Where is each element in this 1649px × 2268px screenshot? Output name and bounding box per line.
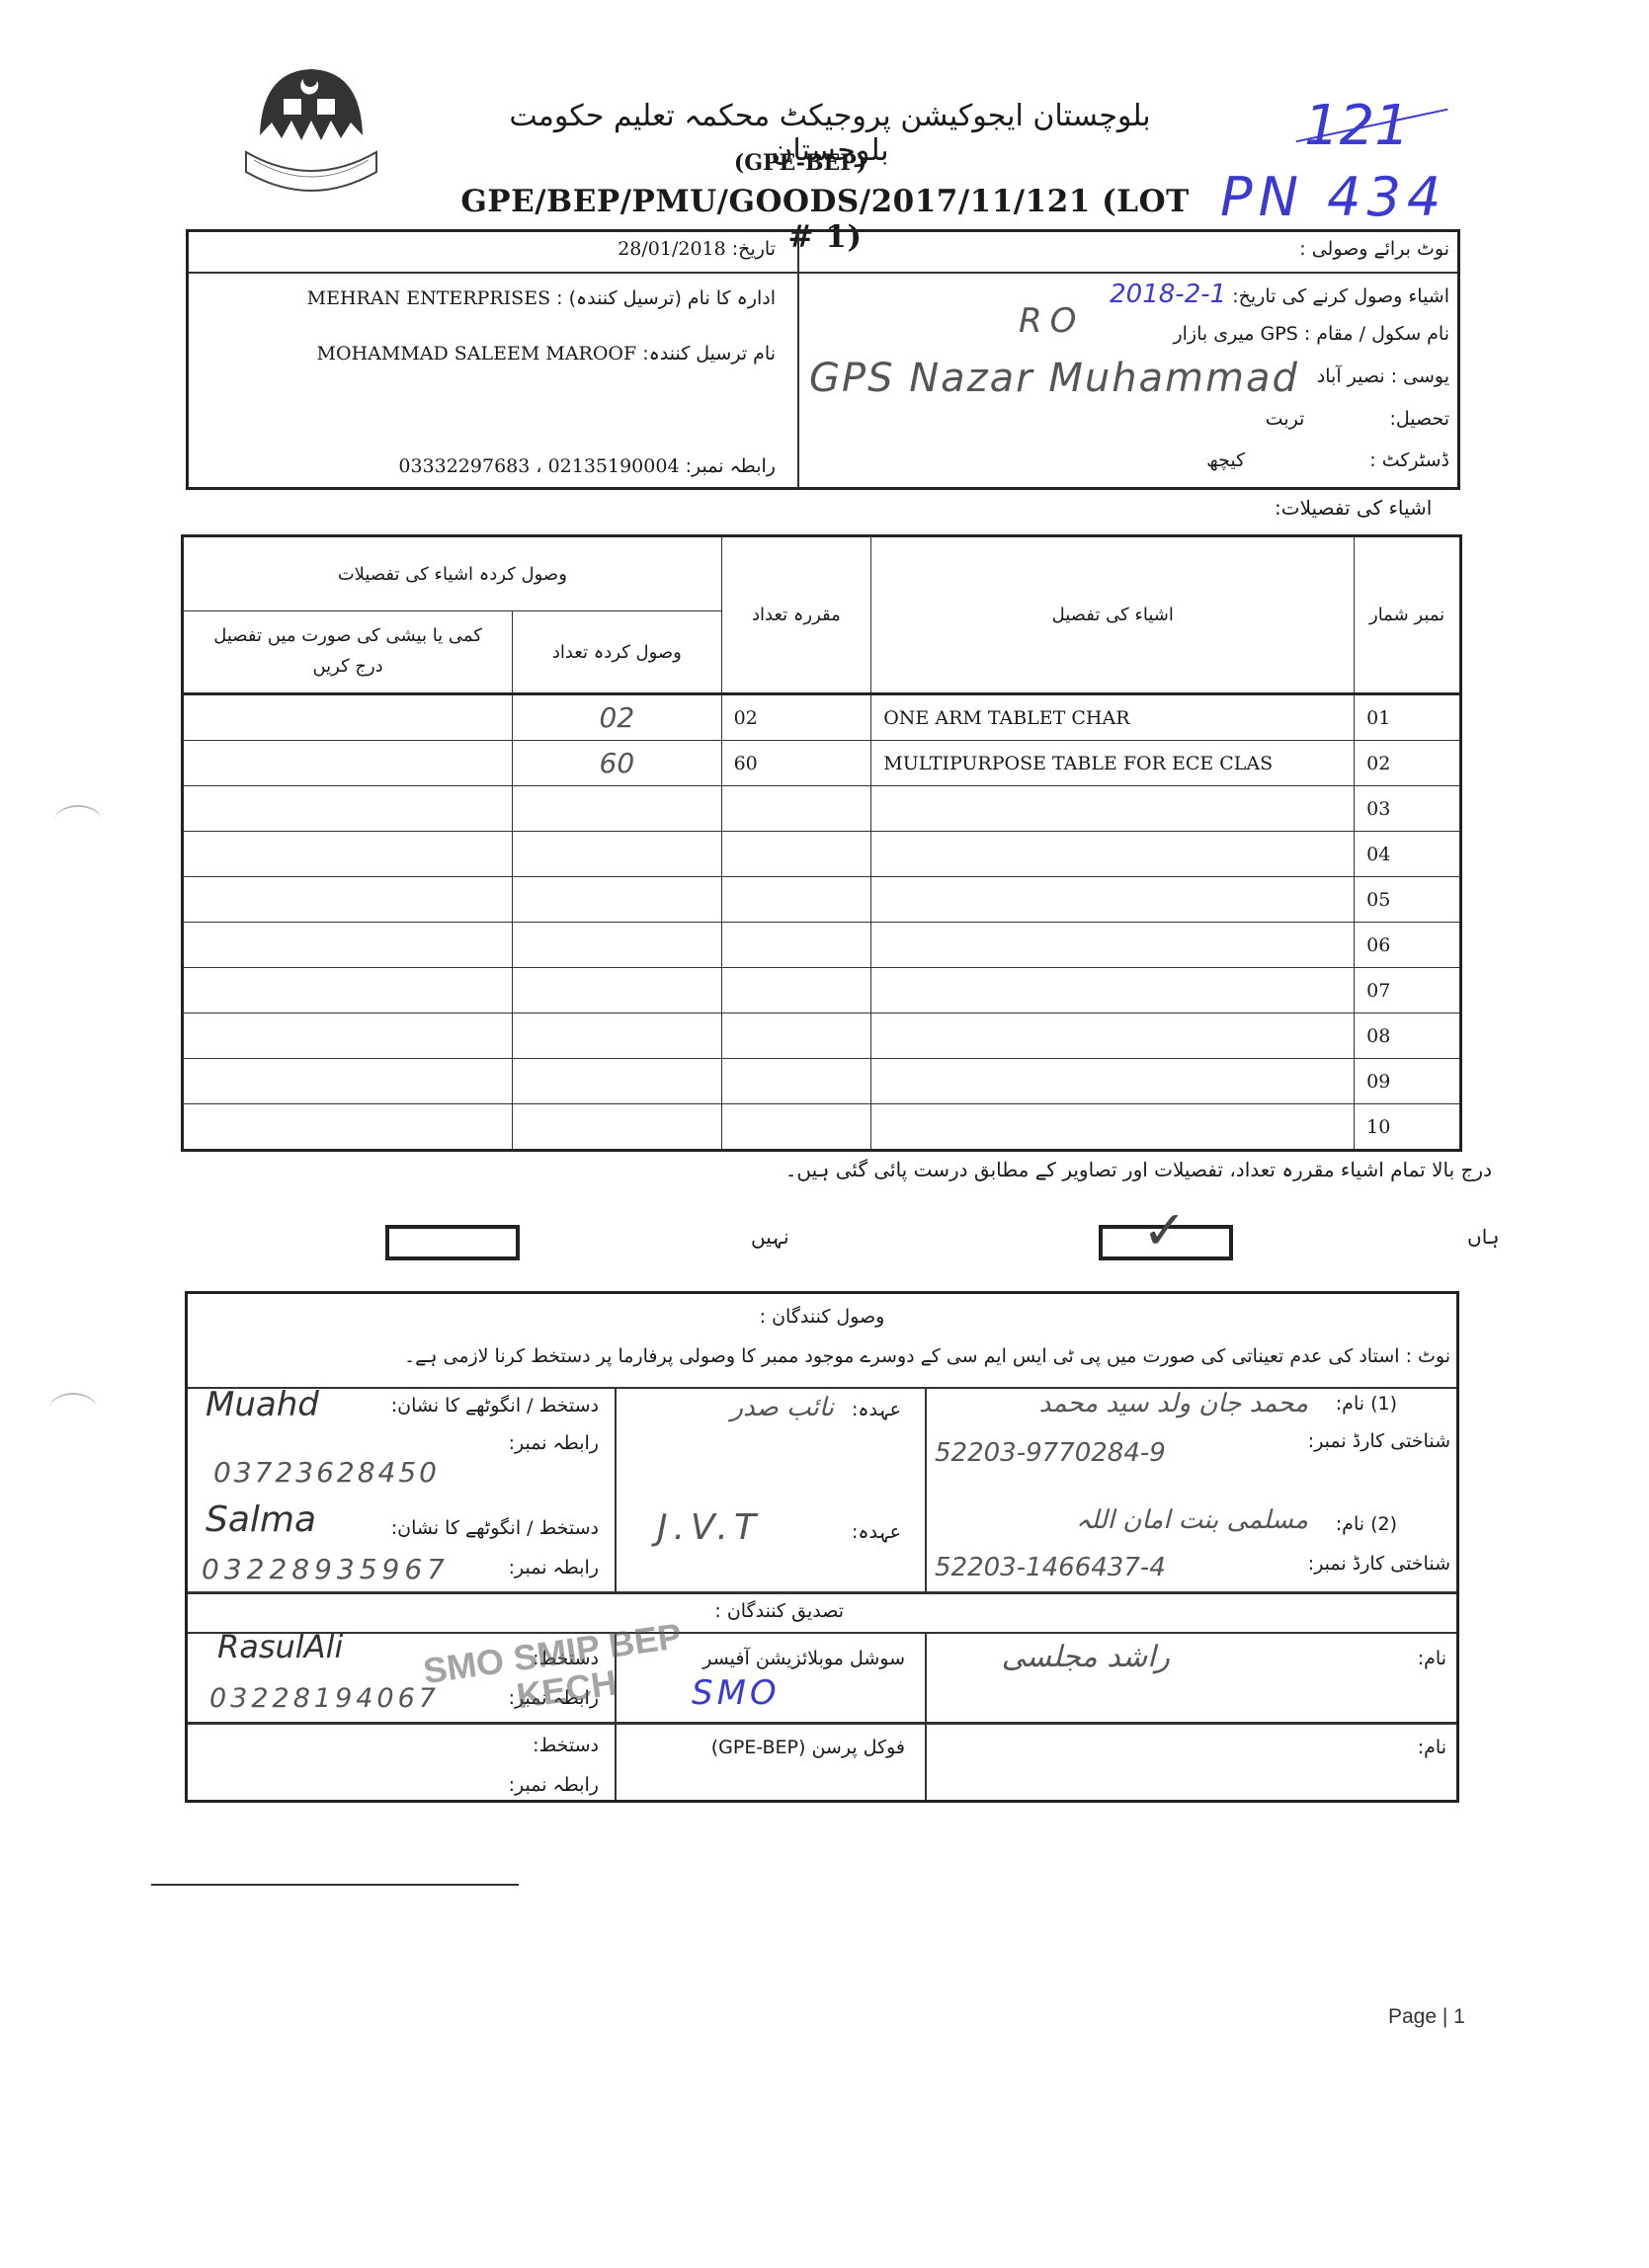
receipt-note-label: نوٹ برائے وصولی :	[1299, 238, 1449, 260]
received-qty-cell	[513, 877, 721, 923]
table-row: 10	[183, 1104, 1461, 1151]
person1-cnic-label: شناختی کارڈ نمبر:	[1308, 1430, 1450, 1452]
description-cell	[871, 923, 1355, 968]
received-qty-cell: 60	[513, 741, 721, 786]
description-cell	[871, 832, 1355, 877]
footnote-rule	[151, 1884, 519, 1886]
person1-contact-label: رابطہ نمبر:	[509, 1432, 599, 1454]
received-qty-cell	[513, 832, 721, 877]
description-header: اشیاء کی تفصیل	[871, 536, 1355, 694]
table-row: 05	[183, 877, 1461, 923]
smo-designation: SMO	[692, 1673, 781, 1713]
receivers-title: وصول کنندگان :	[188, 1306, 1456, 1328]
serial-cell: 05	[1355, 877, 1461, 923]
person2-signature: Salma	[206, 1499, 316, 1540]
shortage-note-cell	[183, 877, 513, 923]
received-date-field: اشیاء وصول کرنے کی تاریخ: 1-2-2018	[1110, 280, 1449, 309]
focal-signature-label: دستخط:	[533, 1735, 599, 1756]
description-cell: MULTIPURPOSE TABLE FOR ECE CLAS	[871, 741, 1355, 786]
shortage-note-cell	[183, 832, 513, 877]
table-row: 04	[183, 832, 1461, 877]
tehsil-name: تربت	[1266, 408, 1305, 430]
yes-checkbox[interactable]: ✓	[1099, 1225, 1233, 1260]
serial-cell: 02	[1355, 741, 1461, 786]
district-name: کیچھ	[1206, 449, 1245, 471]
person1-signature: Muahd	[206, 1385, 319, 1424]
handwritten-file-number: 121	[1304, 94, 1410, 158]
uc-handwritten-school: GPS Nazar Muhammad	[809, 356, 1299, 401]
allotted-qty-cell	[721, 786, 871, 832]
yes-label: ہاں	[1467, 1225, 1500, 1249]
serial-cell: 09	[1355, 1059, 1461, 1104]
company-name: MEHRAN ENTERPRISES	[307, 287, 550, 309]
smo-name: راشد مجلسی	[1002, 1640, 1170, 1674]
project-subtitle: (GPE-BEP)	[682, 150, 919, 176]
description-cell	[871, 1013, 1355, 1059]
allotted-qty-cell	[721, 832, 871, 877]
person2-signature-label: دستخط / انگوٹھے کا نشان:	[391, 1517, 599, 1539]
serial-cell: 01	[1355, 694, 1461, 741]
school-name: GPS میری بازار	[1173, 323, 1297, 345]
confirmation-statement: درج بالا تمام اشیاء مقررہ تعداد، تفصیلات…	[632, 1158, 1492, 1181]
table-row: 0202ONE ARM TABLET CHAR01	[183, 694, 1461, 741]
shortage-note-cell	[183, 694, 513, 741]
person2-name: مسلمی بنت امان اللہ	[1076, 1505, 1308, 1535]
sender-field: نام ترسیل کنندہ: MOHAMMAD SALEEM MAROOF	[317, 343, 776, 364]
received-date: 1-2-2018	[1110, 280, 1226, 309]
description-cell: ONE ARM TABLET CHAR	[871, 694, 1355, 741]
person1-signature-label: دستخط / انگوٹھے کا نشان:	[391, 1395, 599, 1417]
shortage-note-cell	[183, 968, 513, 1013]
no-checkbox[interactable]	[385, 1225, 520, 1260]
description-cell	[871, 877, 1355, 923]
delivery-info-box: تاریخ: 28/01/2018 ادارہ کا نام (ترسیل کن…	[186, 229, 1460, 490]
supplier-contact: 02135190004 ، 03332297683	[398, 455, 679, 477]
table-row: 07	[183, 968, 1461, 1013]
received-qty-cell	[513, 1059, 721, 1104]
delivery-date: 28/01/2018	[618, 238, 726, 260]
verifiers-title: تصدیق کنندگان :	[714, 1600, 844, 1622]
person1-designation: نائب صدر	[731, 1393, 834, 1422]
allotted-qty-cell	[721, 923, 871, 968]
person2-designation: J.V.T	[657, 1507, 762, 1548]
allotted-qty-cell	[721, 968, 871, 1013]
school-field: نام سکول / مقام : GPS میری بازار	[1173, 323, 1449, 345]
allotted-qty-cell: 02	[721, 694, 871, 741]
focal-name-label: نام:	[1418, 1737, 1446, 1758]
focal-contact-label: رابطہ نمبر:	[509, 1774, 599, 1796]
received-qty-cell: 02	[513, 694, 721, 741]
school-handwritten-note: RO	[1019, 301, 1084, 341]
tehsil-field: تحصیل: تربت	[1266, 408, 1449, 430]
person1-contact: 03723628450	[213, 1456, 440, 1489]
items-section-label: اشیاء کی تفصیلات:	[1275, 496, 1432, 520]
shortage-note-cell	[183, 923, 513, 968]
table-row: 09	[183, 1059, 1461, 1104]
table-row: 03	[183, 786, 1461, 832]
serial-cell: 03	[1355, 786, 1461, 832]
allotted-qty-header: مقررہ تعداد	[721, 536, 871, 694]
page-number: Page | 1	[1388, 2005, 1465, 2029]
smo-contact: 03228194067	[209, 1683, 440, 1714]
person2-cnic: 52203-1466437-4	[935, 1553, 1166, 1582]
person1-name-label: (1) نام:	[1336, 1393, 1397, 1415]
focal-designation-label: فوکل پرسن (GPE-BEP)	[711, 1737, 905, 1758]
serial-header: نمبر شمار	[1355, 536, 1461, 694]
description-cell	[871, 786, 1355, 832]
uc-field: یوسی : نصیر آباد	[1317, 365, 1449, 387]
punch-hole-mark	[49, 1393, 97, 1424]
district-field: ڈسٹرکٹ : کیچھ	[1206, 449, 1449, 471]
person2-contact-label: رابطہ نمبر:	[509, 1557, 599, 1579]
smo-designation-label: سوشل موبلائزیشن آفیسر	[702, 1648, 905, 1669]
sender-name: MOHAMMAD SALEEM MAROOF	[317, 343, 637, 364]
received-qty-cell	[513, 968, 721, 1013]
smo-signature: RasulAli	[217, 1628, 343, 1665]
balochistan-logo-icon	[242, 61, 380, 209]
supplier-contact-field: رابطہ نمبر: 02135190004 ، 03332297683	[398, 455, 776, 477]
allotted-qty-cell	[721, 1059, 871, 1104]
received-qty-cell	[513, 1013, 721, 1059]
allotted-qty-cell	[721, 1104, 871, 1151]
allotted-qty-cell	[721, 1013, 871, 1059]
person1-cnic: 52203-9770284-9	[935, 1438, 1166, 1468]
person1-name: محمد جان ولد سید محمد	[1039, 1389, 1308, 1418]
serial-cell: 10	[1355, 1104, 1461, 1151]
description-cell	[871, 1059, 1355, 1104]
received-qty-header: وصول کردہ تعداد	[513, 611, 721, 694]
shortage-note-cell	[183, 1104, 513, 1151]
check-mark-icon: ✓	[1142, 1199, 1187, 1261]
person2-name-label: (2) نام:	[1336, 1513, 1397, 1535]
serial-cell: 08	[1355, 1013, 1461, 1059]
description-cell	[871, 968, 1355, 1013]
serial-cell: 06	[1355, 923, 1461, 968]
delivery-date-field: تاریخ: 28/01/2018	[618, 238, 776, 260]
uc-name: نصیر آباد	[1317, 365, 1385, 387]
table-row: 08	[183, 1013, 1461, 1059]
received-details-header: وصول کردہ اشیاء کی تفصیلات	[183, 536, 722, 611]
serial-cell: 07	[1355, 968, 1461, 1013]
punch-hole-mark	[54, 805, 102, 837]
received-qty-cell	[513, 786, 721, 832]
received-qty-cell	[513, 1104, 721, 1151]
items-table: وصول کردہ اشیاء کی تفصیلات مقررہ تعداد ا…	[181, 534, 1462, 1152]
person2-designation-label: عہدہ:	[852, 1521, 901, 1543]
person2-cnic-label: شناختی کارڈ نمبر:	[1308, 1553, 1450, 1575]
smo-name-label: نام:	[1418, 1648, 1446, 1669]
allotted-qty-cell	[721, 877, 871, 923]
company-field: ادارہ کا نام (ترسیل کنندہ) : MEHRAN ENTE…	[307, 287, 776, 309]
serial-cell: 04	[1355, 832, 1461, 877]
table-row: 06	[183, 923, 1461, 968]
received-qty-cell	[513, 923, 721, 968]
table-row: 6060MULTIPURPOSE TABLE FOR ECE CLAS02	[183, 741, 1461, 786]
shortage-note-cell	[183, 741, 513, 786]
person1-designation-label: عہدہ:	[852, 1399, 901, 1420]
no-label: نہیں	[751, 1225, 789, 1249]
person2-contact: 03228935967	[202, 1553, 450, 1585]
allotted-qty-cell: 60	[721, 741, 871, 786]
shortage-note-cell	[183, 1013, 513, 1059]
handwritten-pn-number: PN 434	[1220, 166, 1446, 228]
receivers-note: نوٹ : استاد کی عدم تعیناتی کی صورت میں پ…	[404, 1345, 1450, 1367]
shortage-note-cell	[183, 1059, 513, 1104]
description-cell	[871, 1104, 1355, 1151]
receivers-verifiers-box: وصول کنندگان : نوٹ : استاد کی عدم تعینات…	[185, 1291, 1459, 1803]
shortage-note-cell	[183, 786, 513, 832]
shortage-note-header: کمی یا بیشی کی صورت میں تفصیل درج کریں	[183, 611, 513, 694]
